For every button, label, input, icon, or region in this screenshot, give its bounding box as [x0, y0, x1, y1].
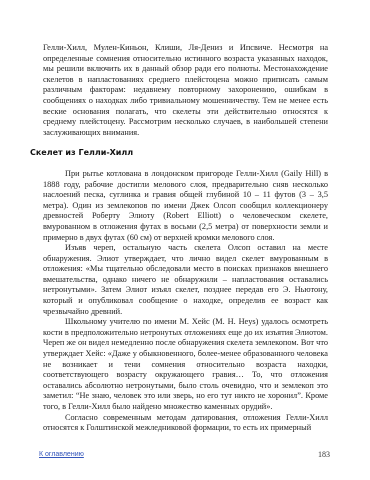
section-heading: Скелет из Гелли-Хилл — [30, 148, 328, 159]
paragraph: Школьному учителю по имени М. Хейс (M. H… — [43, 317, 328, 412]
page-number: 183 — [318, 450, 330, 459]
intro-paragraph: Гелли-Хилл, Мулен-Киньон, Клиши, Ля-Дени… — [43, 43, 328, 138]
table-of-contents-link[interactable]: К оглавлению — [39, 451, 84, 458]
paragraph: При рытье котлована в лондонском пригоро… — [43, 169, 328, 243]
paragraph: Изъяв череп, остальную часть скелета Олс… — [43, 243, 328, 317]
document-page: Гелли-Хилл, Мулен-Киньон, Клиши, Ля-Дени… — [43, 43, 328, 434]
paragraph: Согласно современным методам датирования… — [43, 413, 328, 434]
